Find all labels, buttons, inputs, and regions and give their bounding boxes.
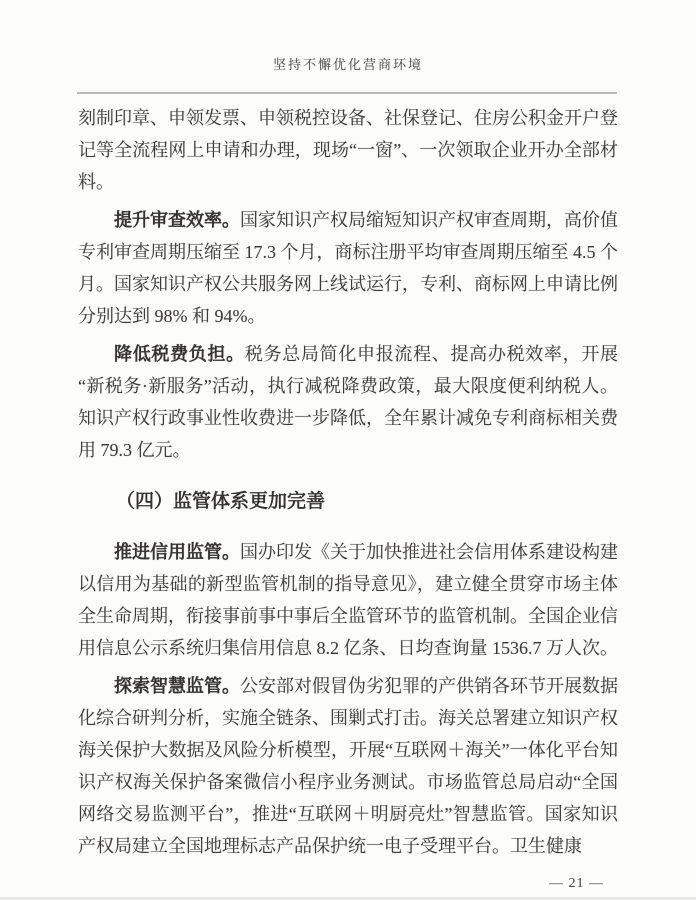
paragraph: 提升审查效率。国家知识产权局缩短知识产权审查周期，高价值专利审查周期压缩至 17…	[78, 204, 618, 332]
page-number: — 21 —	[549, 876, 604, 892]
paragraph-text: 公安部对假冒伪劣犯罪的产供销各环节开展数据化综合研判分析，实施全链条、围剿式打击…	[78, 676, 618, 856]
paragraph-lead: 提升审查效率。	[114, 210, 240, 230]
paragraph-lead: 探索智慧监管。	[114, 676, 240, 696]
paragraph: 降低税费负担。税务总局简化申报流程、提高办税效率，开展“新税务·新服务”活动，执…	[78, 338, 618, 466]
paragraph: 推进信用监管。国办印发《关于加快推进社会信用体系建设构建以信用为基础的新型监管机…	[78, 536, 618, 664]
section-heading: （四）监管体系更加完善	[78, 486, 618, 518]
paragraph: 刻制印章、申领发票、申领税控设备、社保登记、住房公积金开户登记等全流程网上申请和…	[78, 102, 618, 198]
paragraph-text: 刻制印章、申领发票、申领税控设备、社保登记、住房公积金开户登记等全流程网上申请和…	[78, 108, 618, 192]
page-content: 刻制印章、申领发票、申领税控设备、社保登记、住房公积金开户登记等全流程网上申请和…	[78, 102, 618, 862]
paragraph-lead: 降低税费负担。	[114, 344, 245, 364]
paragraph-lead: 推进信用监管。	[114, 542, 240, 562]
header-rule	[77, 92, 617, 94]
document-page: 坚持不懈优化营商环境 刻制印章、申领发票、申领税控设备、社保登记、住房公积金开户…	[0, 0, 696, 900]
paragraph: 探索智慧监管。公安部对假冒伪劣犯罪的产供销各环节开展数据化综合研判分析，实施全链…	[78, 670, 618, 862]
running-header: 坚持不懈优化营商环境	[0, 54, 696, 73]
